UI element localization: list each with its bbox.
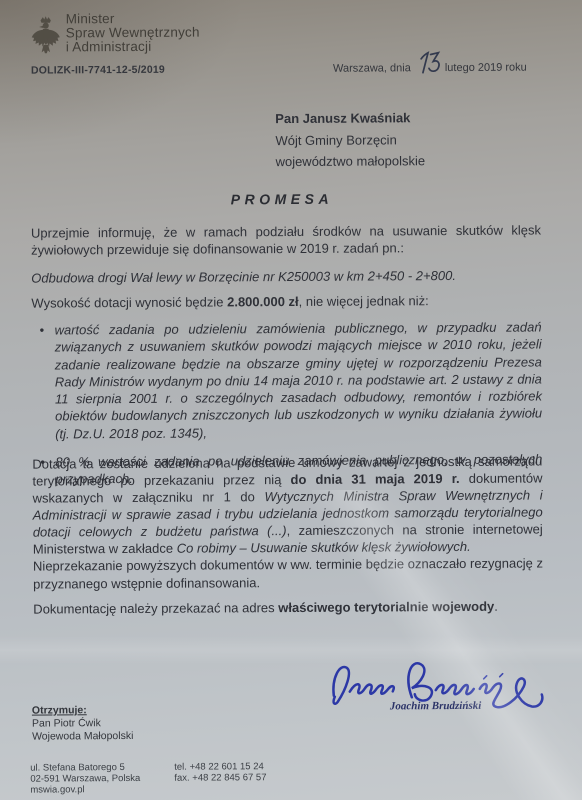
reference-number: DOLIZK-III-7741-12-5/2019: [31, 64, 165, 77]
addressee-region: województwo małopolskie: [275, 150, 425, 172]
addressee-name: Pan Janusz Kwaśniak: [275, 107, 425, 129]
addressee-role: Wójt Gminy Borzęcin: [275, 129, 425, 151]
date-line: Warszawa, dnia lutego 2019 roku: [333, 59, 527, 75]
ministry-name-line: Spraw Wewnętrznych: [66, 25, 200, 40]
letter-content: Minister Spraw Wewnętrznych i Administra…: [0, 0, 582, 800]
handwritten-day-icon: [416, 50, 442, 76]
ministry-name-line: i Administracji: [66, 39, 200, 54]
letter-title: PROMESA: [231, 191, 333, 208]
addressee-block: Pan Janusz Kwaśniak Wójt Gminy Borzęcin …: [275, 107, 425, 172]
signer-printed-name: Joachim Brudziński: [390, 700, 481, 713]
recipients-heading: Otrzymuje:: [32, 704, 133, 718]
submission-paragraph: Dokumentację należy przekazać na adres w…: [33, 597, 543, 617]
grant-amount-paragraph: Wysokość dotacji wynosić będzie 2.800.00…: [31, 291, 541, 311]
bullet-icon: •: [40, 321, 56, 442]
date-suffix: lutego 2019 roku: [445, 62, 527, 75]
intro-paragraph: Uprzejmie informuję, że w ramach podział…: [31, 221, 541, 258]
footer-website: mswia.gov.pl: [30, 784, 140, 796]
recipients-block: Otrzymuje: Pan Piotr Ćwik Wojewoda Małop…: [32, 704, 134, 744]
scanned-letter-photo: Minister Spraw Wewnętrznych i Administra…: [0, 0, 582, 800]
list-item-text: wartość zadania po udzieleniu zamówienia…: [55, 318, 543, 442]
deadline-warning-paragraph: Nieprzekazanie powyższych dokumentów w w…: [33, 554, 543, 593]
footer-city: 02-591 Warszawa, Polska: [30, 773, 140, 785]
date-prefix: Warszawa, dnia: [333, 62, 411, 74]
recipient-role: Wojewoda Małopolski: [32, 730, 133, 744]
agreement-paragraph: Dotacja ta zostanie udzielona na podstaw…: [32, 452, 543, 557]
polish-eagle-emblem-icon: [31, 14, 61, 54]
footer-contact: tel. +48 22 601 15 24 fax. +48 22 845 67…: [174, 761, 266, 784]
ministry-name: Minister Spraw Wewnętrznych i Administra…: [66, 12, 200, 54]
footer-phone: tel. +48 22 601 15 24: [174, 761, 266, 773]
recipient-name: Pan Piotr Ćwik: [32, 717, 133, 731]
footer-fax: fax. +48 22 845 67 57: [174, 772, 266, 784]
task-name-paragraph: Odbudowa drogi Wał lewy w Borzęcinie nr …: [31, 266, 541, 286]
footer-address: ul. Stefana Batorego 5 02-591 Warszawa, …: [30, 762, 140, 796]
footer-street: ul. Stefana Batorego 5: [30, 762, 140, 774]
list-item: • wartość zadania po udzieleniu zamówien…: [40, 318, 543, 442]
